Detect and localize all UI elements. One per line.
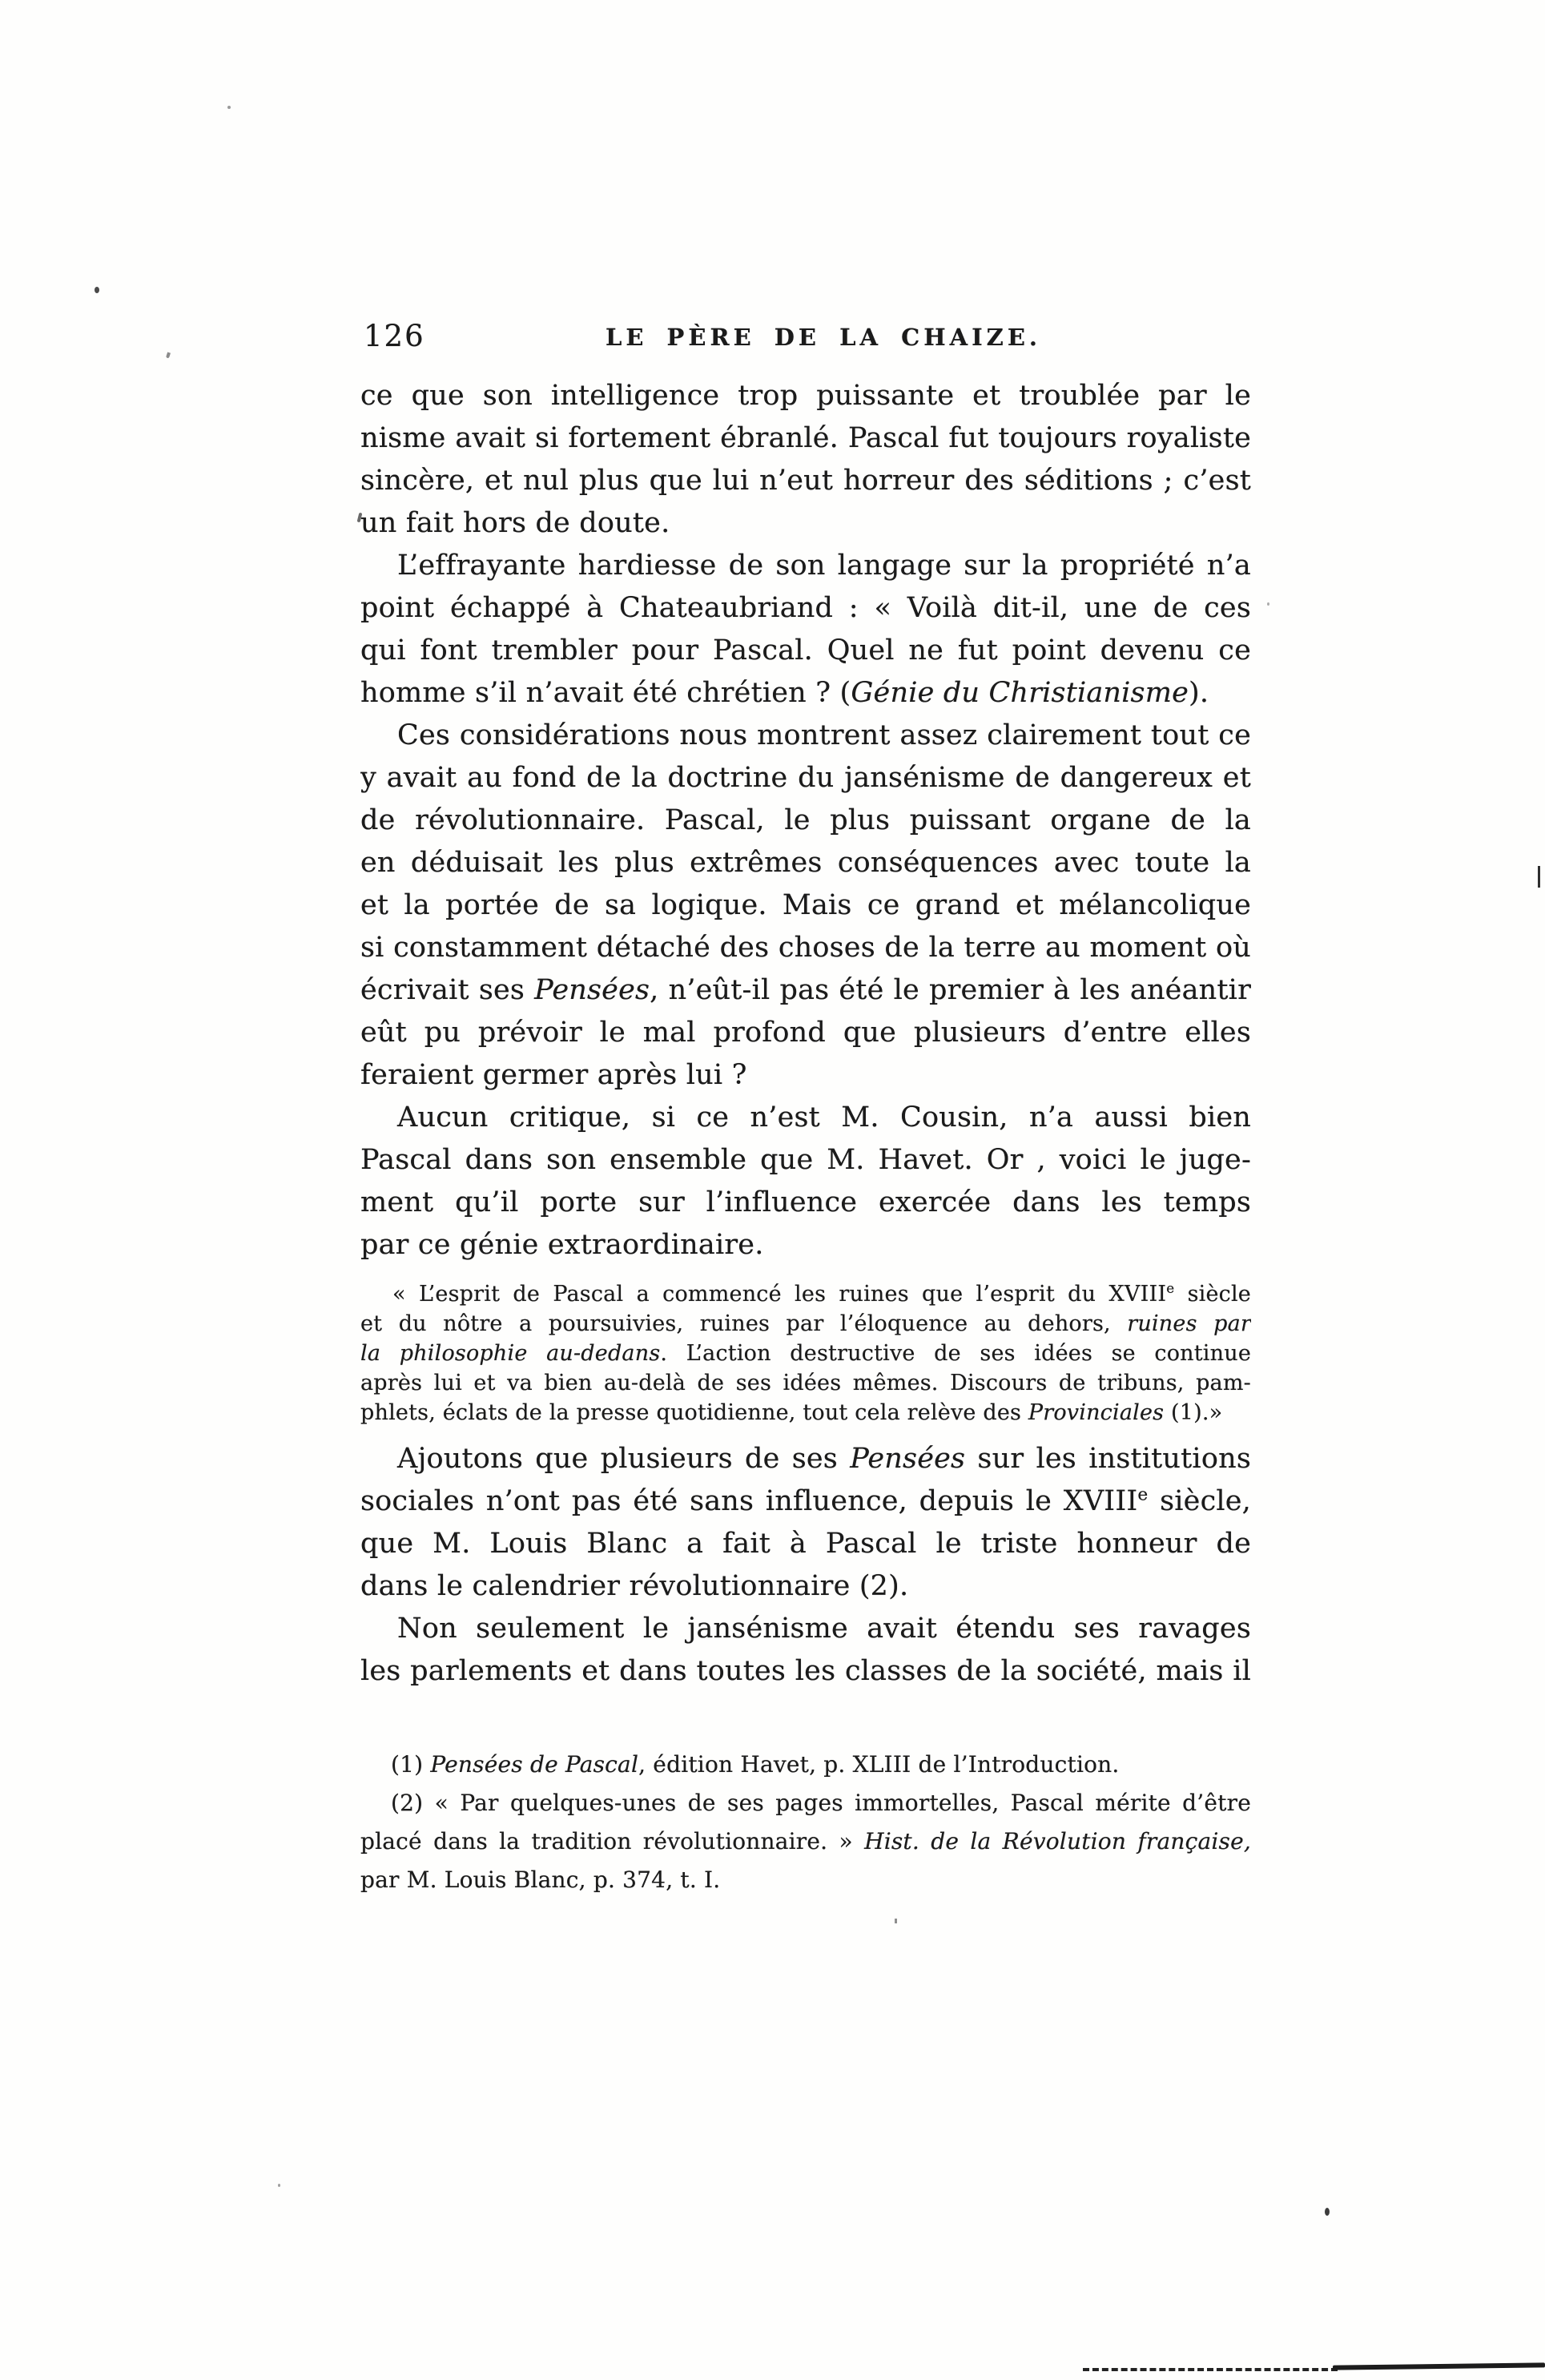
scan-artifact-margin-tick bbox=[1538, 866, 1540, 888]
scan-artifact-speck bbox=[227, 106, 231, 109]
scan-artifact-speck bbox=[895, 1919, 897, 1923]
text-segment: ment qu’il porte sur l’influence exercée… bbox=[360, 1186, 1251, 1224]
text-line: sincère, et nul plus que lui n’eut horre… bbox=[360, 460, 1251, 502]
text-segment: « L’esprit de Pascal a commencé les ruin… bbox=[392, 1282, 1166, 1307]
text-segment: de révolutionnaire. Pascal, le plus puis… bbox=[360, 804, 1251, 842]
paragraph: ce que son intelligence trop puissante e… bbox=[360, 375, 1251, 545]
text-line: homme s’il n’avait été chrétien ? (Génie… bbox=[360, 672, 1251, 715]
text-line: (2) « Par quelques-unes de ses pages imm… bbox=[360, 1784, 1251, 1822]
text-line: sociales n’ont pas été sans influence, d… bbox=[360, 1480, 1251, 1523]
text-line: phlets, éclats de la presse quotidienne,… bbox=[360, 1398, 1251, 1428]
text-line: un fait hors de doute. bbox=[360, 502, 1251, 545]
text-segment: et la portée de sa logique. Mais ce gran… bbox=[360, 889, 1251, 927]
text-column: 126 LE PÈRE DE LA CHAIZE. ce que son int… bbox=[360, 319, 1251, 1899]
text-segment: Génie du Christianisme bbox=[851, 677, 1189, 709]
text-line: la philosophie au-dedans. L’action destr… bbox=[360, 1339, 1251, 1368]
text-segment: et du nôtre a poursuivies, ruines par l’… bbox=[360, 1311, 1127, 1336]
text-segment: (1).» bbox=[1164, 1400, 1222, 1425]
scan-artifact-speck bbox=[1267, 602, 1269, 606]
scan-artifact-bottom-rule bbox=[1083, 2368, 1338, 2371]
text-segment: Hist. de la Révolution française, bbox=[864, 1828, 1251, 1854]
text-segment: si constamment détaché des choses de la … bbox=[360, 932, 1251, 969]
text-segment: un fait hors de doute. bbox=[360, 507, 670, 539]
text-segment: Provinciales bbox=[1028, 1400, 1164, 1425]
text-segment: point échappé à Chateaubriand : « Voilà … bbox=[360, 592, 1251, 630]
text-segment: ruines par bbox=[1127, 1311, 1251, 1336]
text-line: ment qu’il porte sur l’influence exercée… bbox=[360, 1182, 1251, 1224]
text-line: feraient germer après lui ? bbox=[360, 1054, 1251, 1097]
text-segment: (1) bbox=[391, 1751, 430, 1778]
text-line: et du nôtre a poursuivies, ruines par l’… bbox=[360, 1309, 1251, 1339]
text-line: Non seulement le jansénisme avait étendu… bbox=[360, 1608, 1251, 1650]
text-segment: y avait au fond de la doctrine du jansén… bbox=[360, 762, 1251, 794]
text-line: « L’esprit de Pascal a commencé les ruin… bbox=[360, 1279, 1251, 1309]
text-segment: siècle bbox=[1174, 1282, 1251, 1307]
text-line: qui font trembler pour Pascal. Quel ne f… bbox=[360, 630, 1251, 672]
text-line: de révolutionnaire. Pascal, le plus puis… bbox=[360, 799, 1251, 842]
text-segment: ). bbox=[1189, 677, 1209, 709]
text-line: après lui et va bien au-delà de ses idée… bbox=[360, 1368, 1251, 1398]
text-segment: Ajoutons que plusieurs de ses bbox=[397, 1443, 850, 1475]
text-segment: Non seulement le jansénisme avait étendu… bbox=[360, 1613, 1251, 1650]
text-segment: Aucun critique, si ce n’est M. Cousin, n… bbox=[360, 1101, 1251, 1139]
paragraph: Aucun critique, si ce n’est M. Cousin, n… bbox=[360, 1097, 1251, 1267]
text-line: y avait au fond de la doctrine du jansén… bbox=[360, 757, 1251, 799]
text-segment: Pascal dans son ensemble que M. Havet. O… bbox=[360, 1144, 1251, 1176]
scan-artifact-speck bbox=[278, 2184, 280, 2187]
text-segment: homme s’il n’avait été chrétien ? ( bbox=[360, 677, 851, 709]
text-segment: L’effrayante hardiesse de son langage su… bbox=[397, 550, 1251, 582]
text-line: (1) Pensées de Pascal, édition Havet, p.… bbox=[360, 1746, 1251, 1784]
text-line: nisme avait si fortement ébranlé. Pascal… bbox=[360, 417, 1251, 460]
text-segment: e bbox=[1166, 1280, 1174, 1296]
paragraph: L’effrayante hardiesse de son langage su… bbox=[360, 545, 1251, 715]
text-segment: la philosophie au-dedans bbox=[360, 1341, 660, 1366]
text-segment: nisme avait si fortement ébranlé. Pascal… bbox=[360, 422, 1251, 454]
text-segment: . L’action destructive de ses idées se c… bbox=[660, 1341, 1251, 1366]
scan-artifact-speck bbox=[95, 287, 99, 293]
running-title: LE PÈRE DE LA CHAIZE. bbox=[378, 324, 1269, 351]
text-segment: eût pu prévoir le mal profond que plusie… bbox=[360, 1017, 1251, 1049]
text-segment: sincère, et nul plus que lui n’eut horre… bbox=[360, 465, 1251, 497]
text-segment: qui font trembler pour Pascal. Quel ne f… bbox=[360, 634, 1251, 672]
text-segment: Pensées de Pascal bbox=[430, 1751, 638, 1778]
text-line: si constamment détaché des choses de la … bbox=[360, 927, 1251, 969]
text-line: eût pu prévoir le mal profond que plusie… bbox=[360, 1012, 1251, 1054]
text-segment: les parlements et dans toutes les classe… bbox=[360, 1655, 1251, 1687]
footnote: (2) « Par quelques-unes de ses pages imm… bbox=[360, 1784, 1251, 1899]
text-segment: que M. Louis Blanc a fait à Pascal le tr… bbox=[360, 1528, 1251, 1565]
paragraph: Non seulement le jansénisme avait étendu… bbox=[360, 1608, 1251, 1693]
text-segment: Ces considérations nous montrent assez c… bbox=[360, 719, 1251, 757]
scan-artifact-speck bbox=[1325, 2208, 1330, 2216]
quote-block: « L’esprit de Pascal a commencé les ruin… bbox=[360, 1279, 1251, 1428]
text-segment: placé dans la tradition révolutionnaire.… bbox=[360, 1828, 864, 1854]
paragraph: Ajoutons que plusieurs de ses Pensées su… bbox=[360, 1438, 1251, 1608]
text-line: placé dans la tradition révolutionnaire.… bbox=[360, 1822, 1251, 1861]
text-segment: par ce génie extraordinaire. bbox=[360, 1229, 764, 1261]
text-segment: , édition Havet, p. XLIII de l’Introduct… bbox=[638, 1751, 1119, 1778]
text-line: écrivait ses Pensées, n’eût-il pas été l… bbox=[360, 969, 1251, 1012]
footnote: (1) Pensées de Pascal, édition Havet, p.… bbox=[360, 1746, 1251, 1784]
text-line: Pascal dans son ensemble que M. Havet. O… bbox=[360, 1139, 1251, 1182]
text-segment: écrivait ses bbox=[360, 974, 534, 1006]
text-line: en déduisait les plus extrêmes conséquen… bbox=[360, 842, 1251, 884]
text-segment: (2) « Par quelques-unes de ses pages imm… bbox=[391, 1790, 1251, 1816]
running-head: 126 LE PÈRE DE LA CHAIZE. bbox=[360, 319, 1251, 351]
text-segment: en déduisait les plus extrêmes conséquen… bbox=[360, 847, 1251, 884]
text-line: que M. Louis Blanc a fait à Pascal le tr… bbox=[360, 1523, 1251, 1565]
text-segment: phlets, éclats de la presse quotidienne,… bbox=[360, 1400, 1028, 1425]
text-segment: après lui et va bien au-delà de ses idée… bbox=[360, 1371, 1251, 1395]
text-line: ce que son intelligence trop puissante e… bbox=[360, 375, 1251, 417]
text-segment: par M. Louis Blanc, p. 374, t. I. bbox=[360, 1867, 720, 1893]
text-line: Ces considérations nous montrent assez c… bbox=[360, 715, 1251, 757]
text-segment: ce que son intelligence trop puissante e… bbox=[360, 380, 1251, 417]
text-segment: Pensées bbox=[534, 974, 650, 1006]
scan-artifact-speck bbox=[166, 352, 171, 359]
text-line: L’effrayante hardiesse de son langage su… bbox=[360, 545, 1251, 587]
text-line: par M. Louis Blanc, p. 374, t. I. bbox=[360, 1861, 1251, 1899]
text-line: dans le calendrier révolutionnaire (2). bbox=[360, 1565, 1251, 1608]
text-line: par ce génie extraordinaire. bbox=[360, 1224, 1251, 1267]
text-line: Ajoutons que plusieurs de ses Pensées su… bbox=[360, 1438, 1251, 1480]
scan-artifact-bottom-rule bbox=[1333, 2362, 1545, 2370]
scanned-book-page: 126 LE PÈRE DE LA CHAIZE. ce que son int… bbox=[0, 0, 1545, 2380]
text-segment: sociales n’ont pas été sans influence, d… bbox=[360, 1485, 1137, 1517]
text-segment: Pensées bbox=[850, 1443, 965, 1475]
paragraph: Ces considérations nous montrent assez c… bbox=[360, 715, 1251, 1097]
text-line: les parlements et dans toutes les classe… bbox=[360, 1650, 1251, 1693]
text-line: point échappé à Chateaubriand : « Voilà … bbox=[360, 587, 1251, 630]
text-segment: sur les institutions bbox=[965, 1443, 1251, 1475]
text-segment: dans le calendrier révolutionnaire (2). bbox=[360, 1570, 908, 1602]
text-segment: e bbox=[1137, 1484, 1148, 1504]
text-line: Aucun critique, si ce n’est M. Cousin, n… bbox=[360, 1097, 1251, 1139]
text-line: et la portée de sa logique. Mais ce gran… bbox=[360, 884, 1251, 927]
text-segment: feraient germer après lui ? bbox=[360, 1059, 747, 1091]
